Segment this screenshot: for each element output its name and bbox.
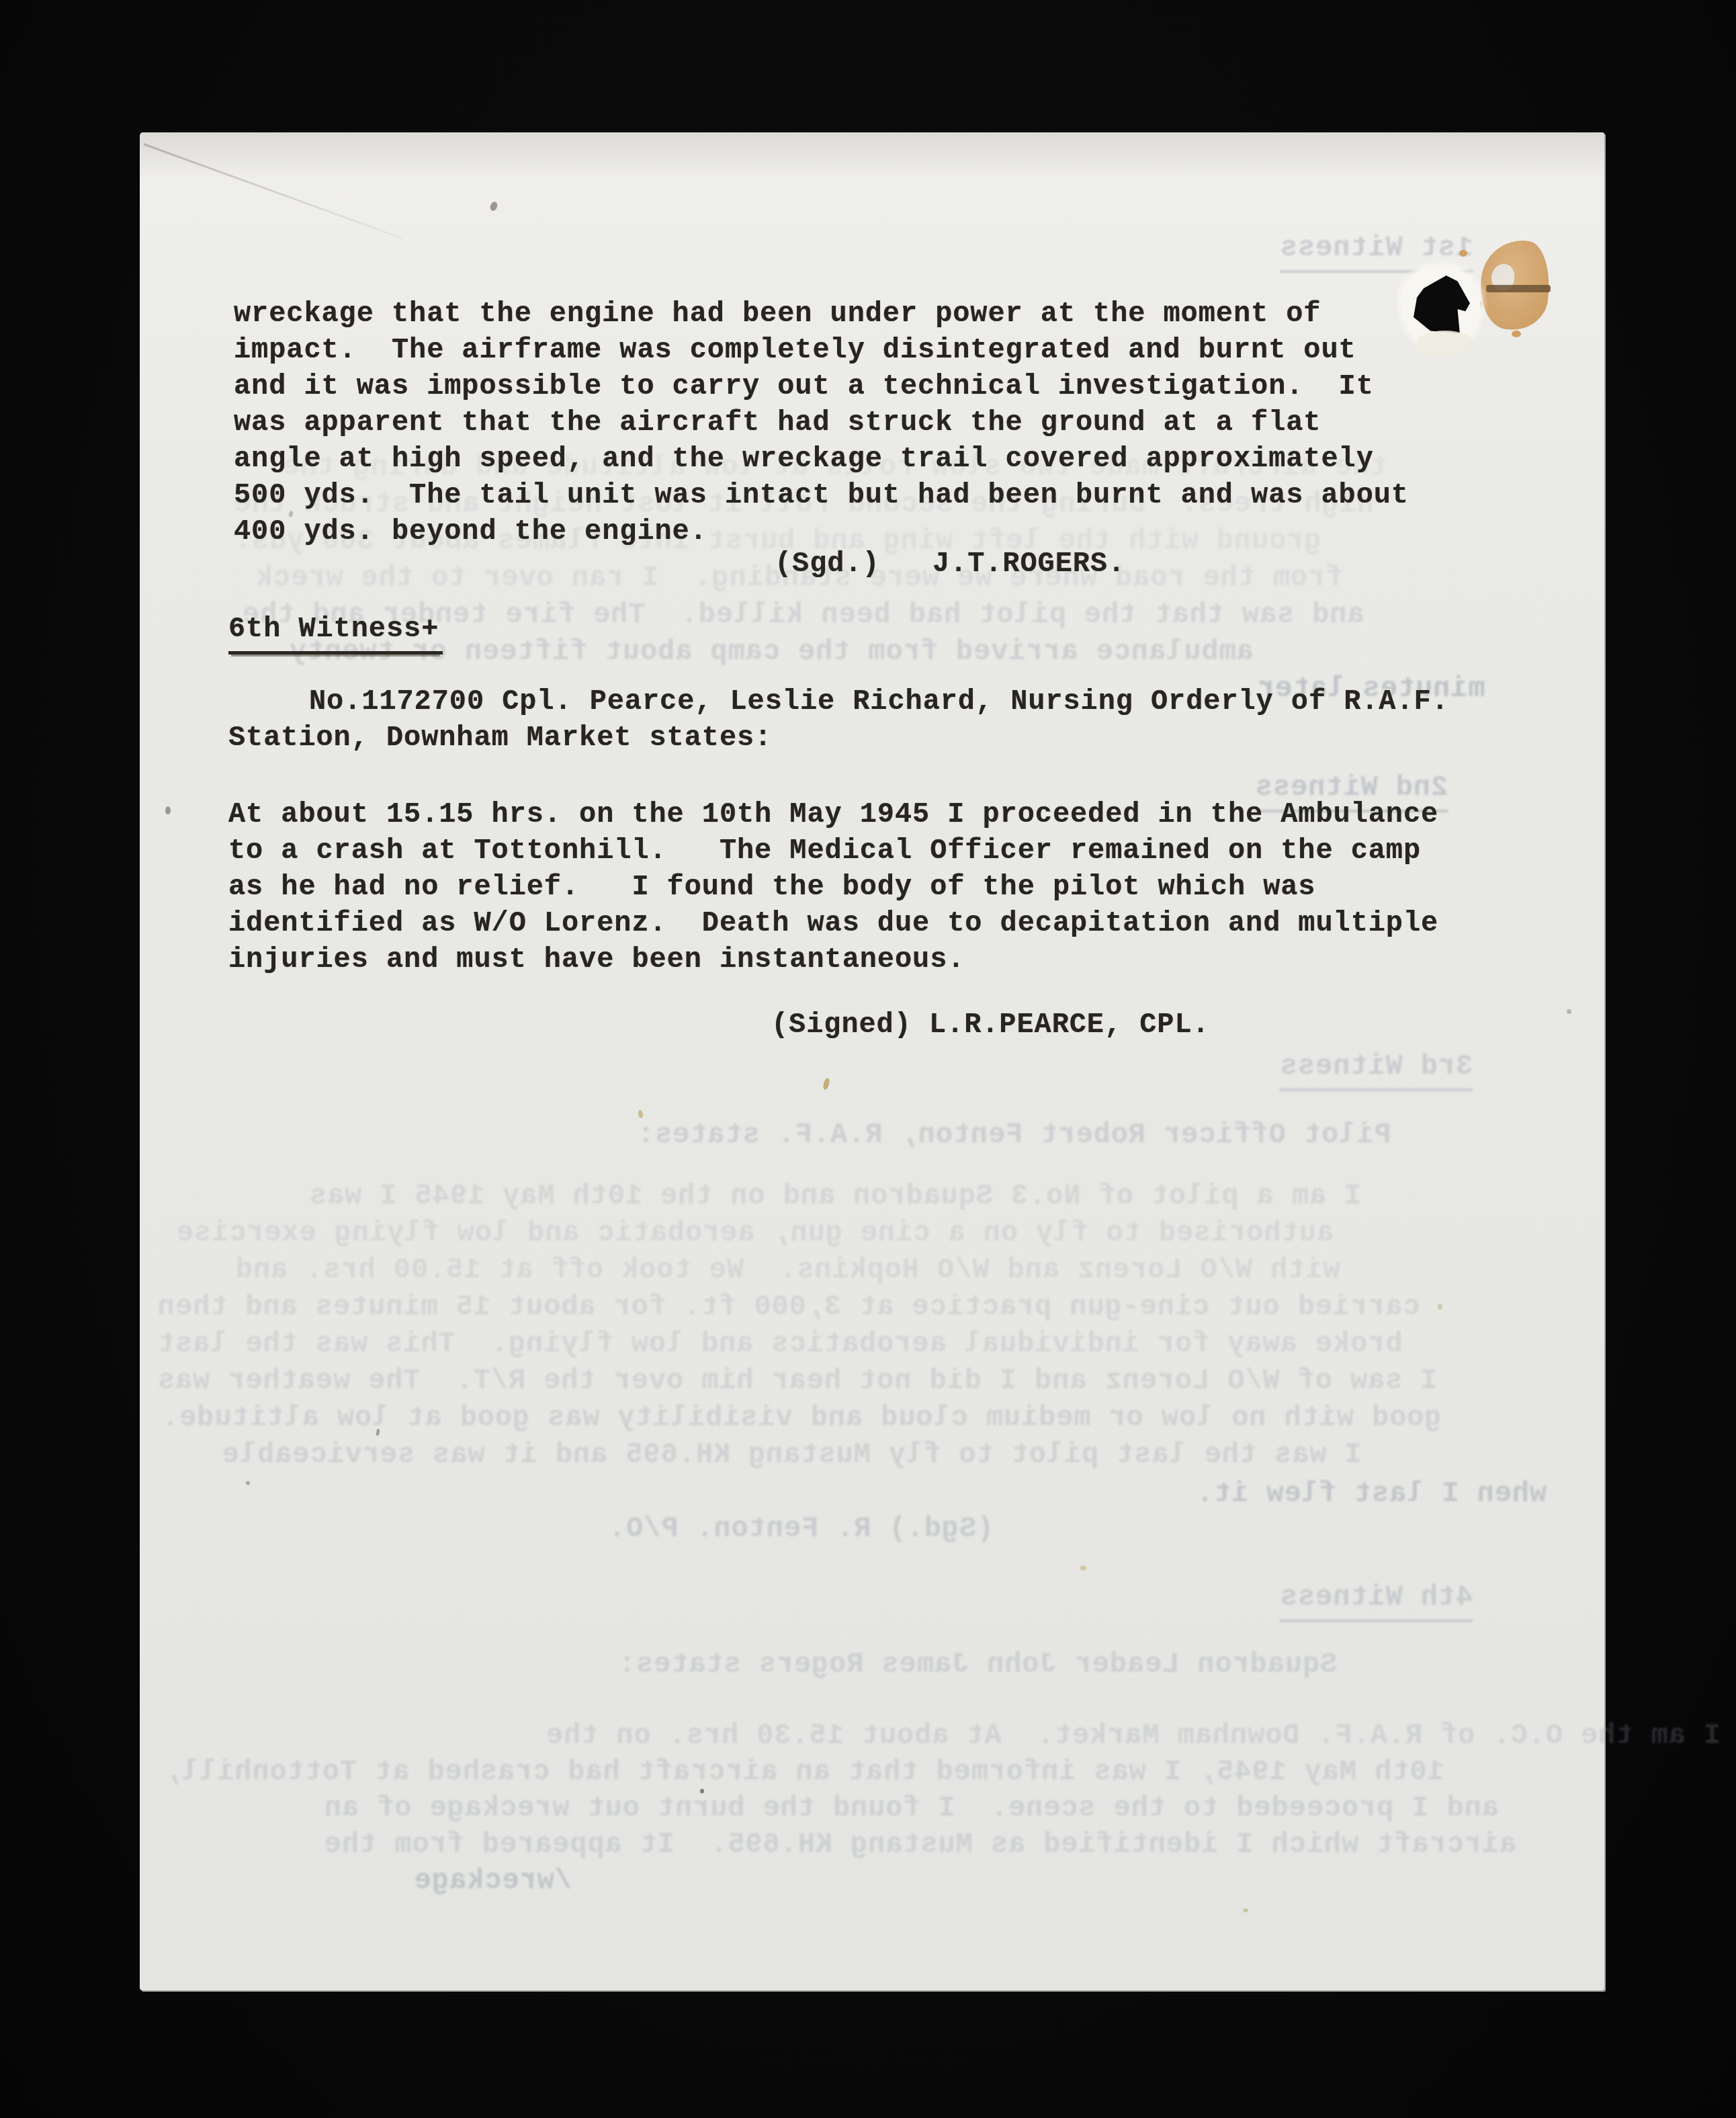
statement-line: to a crash at Tottonhill. The Medical Of… (228, 833, 1438, 869)
document-page: 1st Witnessthe aircraft made two slow ro… (140, 132, 1604, 1990)
bleedthrough-line: Pilot Officer Robert Fenton, R.A.F. stat… (637, 1117, 1391, 1153)
speck (165, 806, 171, 814)
continuation-paragraph: wreckage that the engine had been under … (234, 296, 1409, 550)
paragraph-line: angle at high speed, and the wreckage tr… (234, 441, 1409, 477)
bleedthrough-line: I am the O.C. of R.A.F. Downham Market. … (546, 1718, 1721, 1754)
statement-line: identified as W/O Lorenz. Death was due … (228, 905, 1438, 941)
bleedthrough-line: 4th Witness (1280, 1579, 1473, 1622)
statement-line: as he had no relief. I found the body of… (228, 869, 1438, 905)
statement-line: injuries and must have been instantaneou… (228, 941, 1438, 978)
speck (1080, 1566, 1086, 1570)
scanner-background: { "colors": { "background": "#0a0a0b", "… (0, 0, 1736, 2118)
tear-shadow (1416, 331, 1474, 356)
bleedthrough-line: and I proceeded to the scene. I found th… (324, 1790, 1499, 1826)
paragraph-line: 400 yds. beyond the engine. (234, 513, 1409, 550)
statement-line: At about 15.15 hrs. on the 10th May 1945… (228, 796, 1438, 833)
paragraph-line: 500 yds. The tail unit was intact but ha… (234, 477, 1409, 513)
paragraph-line: was apparent that the aircraft had struc… (234, 405, 1409, 441)
paragraph-line: and it was impossible to carry out a tec… (234, 368, 1409, 405)
bleedthrough-line: aircraft which I identified as Mustang K… (324, 1826, 1516, 1863)
paper-crease (143, 143, 402, 239)
speck (1438, 1304, 1442, 1310)
paragraph-line: wreckage that the engine had been under … (234, 296, 1409, 332)
bleedthrough-line: 3rd Witness (1280, 1048, 1473, 1091)
speck (246, 1481, 250, 1485)
stain-dot (1459, 250, 1467, 257)
speck (489, 201, 498, 212)
witness-6-heading: 6th Witness+ (228, 611, 443, 654)
bleedthrough-line: when I last flew it. (1196, 1476, 1547, 1512)
speck (700, 1789, 704, 1793)
bleedthrough-line: with W/O Lorenz and W/O Hopkins. We took… (235, 1252, 1340, 1288)
speck (1243, 1908, 1248, 1912)
bleedthrough-line: good with no low or medium cloud and vis… (161, 1400, 1442, 1436)
tape-stain-streak (1486, 285, 1551, 292)
witness-6-intro-line: Station, Downham Market states: (228, 720, 772, 756)
witness-6-statement: At about 15.15 hrs. on the 10th May 1945… (228, 796, 1438, 978)
bleedthrough-line: carried out cine-gun practice at 3,000 f… (157, 1289, 1420, 1325)
stain-dot (1512, 331, 1521, 337)
signature-rogers: (Sgd.) J.T.ROGERS. (775, 546, 1125, 582)
speck (1567, 1009, 1571, 1014)
bleedthrough-line: I am a pilot of No.3 Squadron and on the… (309, 1178, 1361, 1214)
signature-pearce: (Signed) L.R.PEARCE, CPL. (771, 1007, 1210, 1043)
bleedthrough-line: authorised to fly on a cine gun, aerobat… (176, 1215, 1334, 1251)
paragraph-line: impact. The airframe was completely disi… (234, 332, 1409, 368)
bleedthrough-line: (Sgd.) R. Fenton. P/O. (608, 1511, 994, 1547)
bleedthrough-line: broke away for individual aerobatics and… (157, 1326, 1402, 1362)
bleedthrough-line: 10th May 1945, I was informed that an ai… (164, 1754, 1444, 1790)
bleedthrough-line: I saw of W/O Lorenz and I did not hear h… (157, 1363, 1438, 1399)
speck (822, 1077, 830, 1090)
bleedthrough-line: /wreckage (414, 1863, 572, 1899)
bleedthrough-line: Squadron Leader John James Rogers states… (618, 1646, 1337, 1683)
bleedthrough-line: I was the last pilot to fly Mustang KH.6… (222, 1437, 1362, 1473)
witness-6-intro-line: No.1172700 Cpl. Pearce, Leslie Richard, … (309, 683, 1449, 720)
